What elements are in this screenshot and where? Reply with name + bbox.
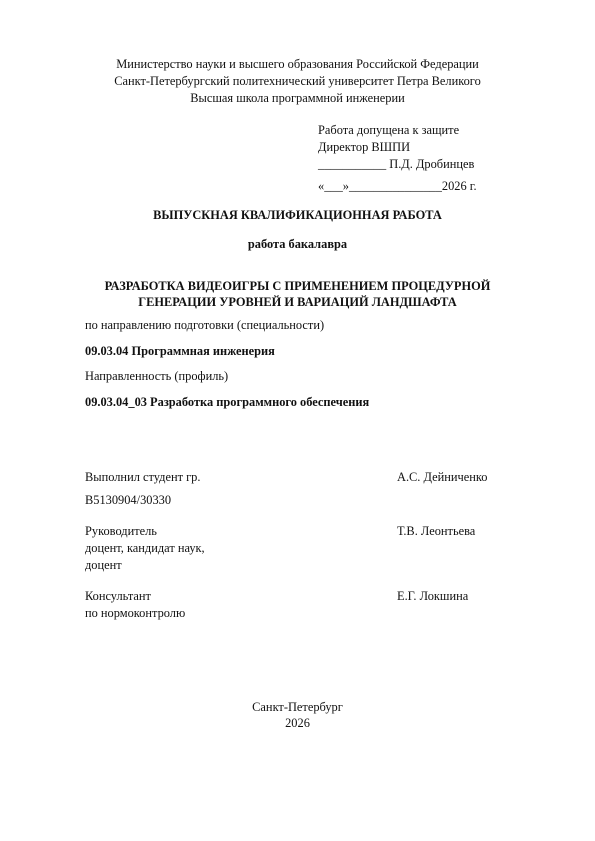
student-name: А.С. Дейниченко — [397, 470, 487, 485]
supervisor-degree: доцент, кандидат наук, — [85, 541, 205, 556]
consultant-name: Е.Г. Локшина — [397, 589, 468, 604]
student-role: Выполнил студент гр. — [85, 470, 200, 485]
consultant-area: по нормоконтролю — [85, 606, 185, 621]
thesis-title-line-1: РАЗРАБОТКА ВИДЕОИГРЫ С ПРИМЕНЕНИЕМ ПРОЦЕ… — [0, 279, 595, 294]
approval-director: Директор ВШПИ — [318, 140, 410, 155]
student-group: В5130904/30330 — [85, 493, 171, 508]
approval-signature: ___________ П.Д. Дробинцев — [318, 157, 474, 172]
supervisor-role: Руководитель — [85, 524, 157, 539]
supervisor-title: доцент — [85, 558, 122, 573]
footer-city: Санкт-Петербург — [0, 700, 595, 715]
thesis-title-line-2: ГЕНЕРАЦИИ УРОВНЕЙ И ВАРИАЦИЙ ЛАНДШАФТА — [0, 295, 595, 310]
profile-label: Направленность (профиль) — [85, 369, 228, 384]
consultant-role: Консультант — [85, 589, 151, 604]
direction-value: 09.03.04 Программная инженерия — [85, 344, 275, 359]
work-subtype: работа бакалавра — [0, 237, 595, 252]
approval-line-1: Работа допущена к защите — [318, 123, 459, 138]
direction-label: по направлению подготовки (специальности… — [85, 318, 324, 333]
university-line: Санкт-Петербургский политехнический унив… — [0, 74, 595, 89]
profile-value: 09.03.04_03 Разработка программного обес… — [85, 395, 369, 410]
work-type: ВЫПУСКНАЯ КВАЛИФИКАЦИОННАЯ РАБОТА — [0, 208, 595, 223]
ministry-line: Министерство науки и высшего образования… — [0, 57, 595, 72]
school-line: Высшая школа программной инженерии — [0, 91, 595, 106]
supervisor-name: Т.В. Леонтьева — [397, 524, 475, 539]
footer-year: 2026 — [0, 716, 595, 731]
approval-date: «___»_______________2026 г. — [318, 179, 477, 194]
